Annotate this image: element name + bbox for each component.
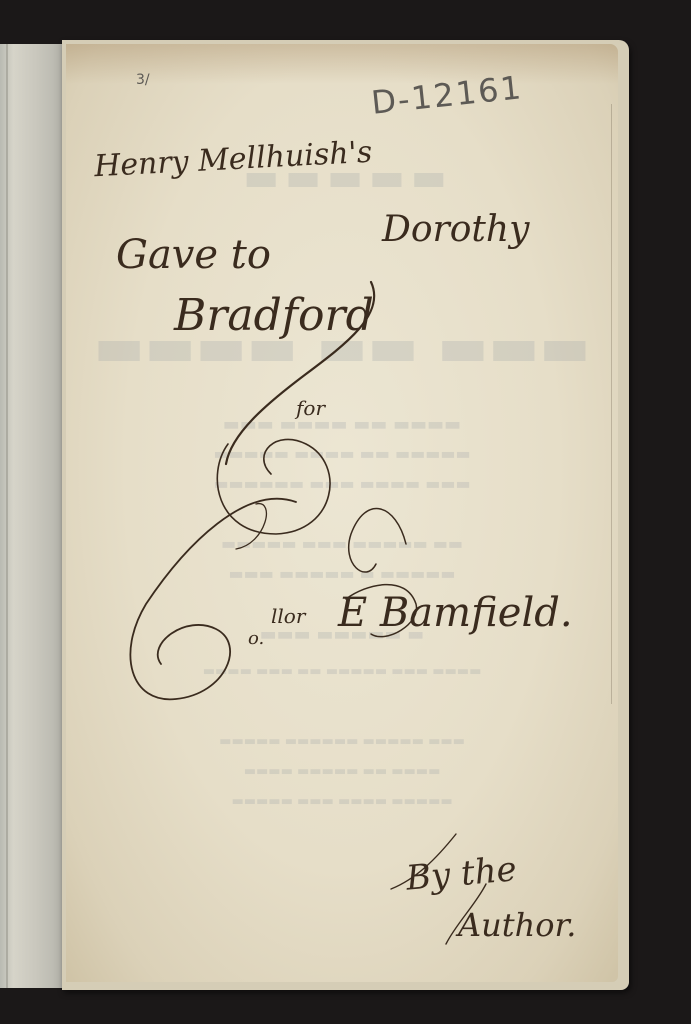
inscription-recipient-last: Bradford [174, 290, 374, 341]
calligraphic-flourish-strokes [66, 44, 618, 982]
inscription-giver-name: E Bamfield. [338, 590, 573, 636]
inscription-recipient-first: Dorothy [382, 209, 529, 250]
book-spine [0, 44, 67, 988]
inscription-title-sup: llor [271, 604, 305, 628]
pencil-corner-number: 3/ [136, 72, 150, 88]
inscription-for: for [296, 396, 325, 420]
inscription-gave-to: Gave to [116, 232, 271, 278]
inscription-page: ▬▬▬▬▬ ▬▬▬ ▬▬ ▬▬▬▬ ▬▬▬▬ ▬▬ ▬▬▬▬ ▬▬▬ ▬▬▬▬▬… [66, 44, 618, 982]
inscription-title-o: o. [248, 628, 264, 649]
inscription-closing-author: Author. [458, 906, 576, 944]
